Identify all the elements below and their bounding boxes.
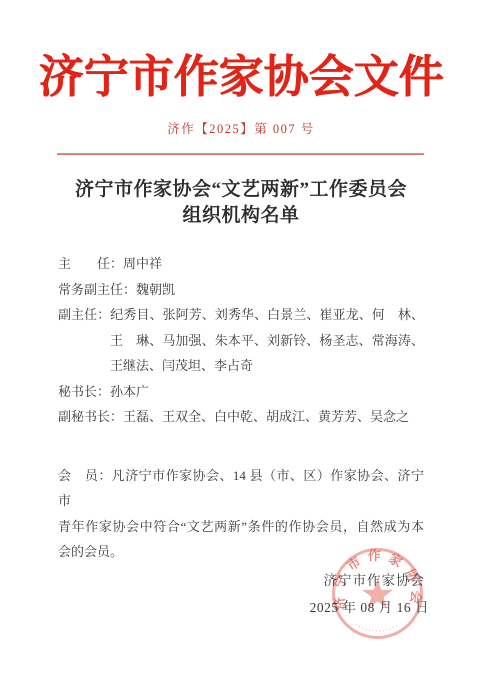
document-header-title: 济宁市作家协会文件 <box>0 50 482 104</box>
roster-body: 主 任：周中祥 常务副主任：魏朝凯 副主任：纪秀目、张阿芳、刘秀华、白景兰、崔亚… <box>58 251 424 565</box>
document-page: 济宁市作家协会文件 济作【2025】第 007 号 济宁市作家协会“文艺两新”工… <box>0 0 482 680</box>
official-seal: 济宁市作家协会 ••••••••••••• <box>330 546 425 641</box>
signature-date: 2025 年 08 月 16 日 <box>310 599 429 617</box>
roster-line-deputy-3: 王继法、闫茂坦、李占奇 <box>58 353 424 379</box>
seal-micro-text: ••••••••••••• <box>355 622 400 633</box>
svg-text:•••••••••••••: ••••••••••••• <box>355 622 400 633</box>
doc-number: 济作【2025】第 007 号 <box>0 121 482 137</box>
subject-line-2: 组织机构名单 <box>0 203 482 229</box>
red-divider <box>57 153 424 155</box>
members-line-1: 会 员：凡济宁市作家协会、14 县（市、区）作家协会、济宁市 <box>58 463 424 514</box>
roster-line-deputy-1: 副主任：纪秀目、张阿芳、刘秀华、白景兰、崔亚龙、何 林、 <box>58 302 424 328</box>
signature-org: 济宁市作家协会 <box>324 572 426 590</box>
roster-line-deputy-secretaries: 副秘书长：王磊、王双全、白中乾、胡成江、黄芳芳、吴念之 <box>58 404 424 430</box>
subject-heading: 济宁市作家协会“文艺两新”工作委员会 组织机构名单 <box>0 177 482 229</box>
subject-line-1: 济宁市作家协会“文艺两新”工作委员会 <box>0 177 482 203</box>
roster-line-secretary: 秘书长：孙本广 <box>58 379 424 405</box>
roster-line-deputy-2: 王 琳、马加强、朱本平、刘新铃、杨圣志、常海涛、 <box>58 328 424 354</box>
paragraph-gap <box>58 430 424 463</box>
members-line-2: 青年作家协会中符合“文艺两新”条件的作协会员，自然成为本 <box>58 514 424 540</box>
roster-line-director: 主 任：周中祥 <box>58 251 424 277</box>
roster-line-exec-deputy: 常务副主任：魏朝凯 <box>58 277 424 303</box>
